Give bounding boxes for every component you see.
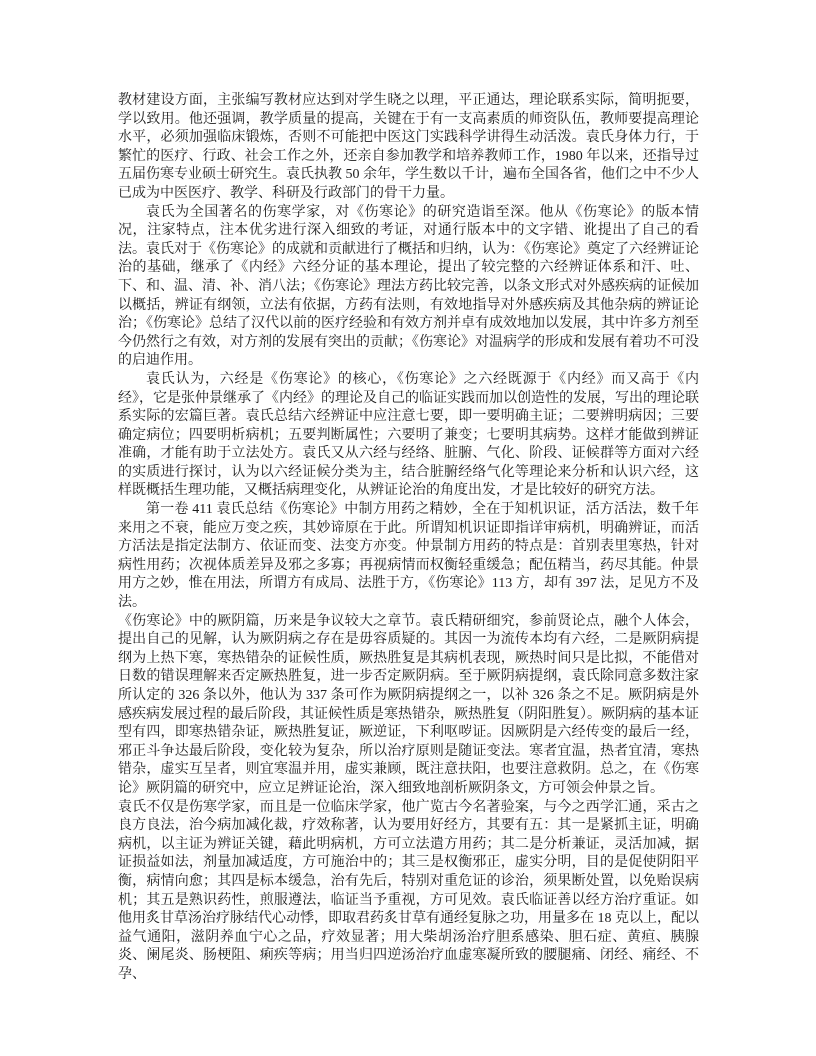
paragraph: 袁氏认为，六经是《伤寒论》的核心，《伤寒论》之六经既源于《内经》而又高于《内经》…	[118, 371, 699, 501]
document-body: 教材建设方面，主张编写教材应达到对学生晓之以理，平正通达，理论联系实际，简明扼要…	[118, 92, 699, 985]
paragraph: 《伤寒论》中的厥阴篇，历来是争议较大之章节。袁氏精研细究，参前贤论点，融个人体会…	[118, 613, 699, 799]
paragraph: 袁氏不仅是伤寒学家，而且是一位临床学家，他广览古今名著验案，与今之西学汇通，采古…	[118, 799, 699, 985]
paragraph: 教材建设方面，主张编写教材应达到对学生晓之以理，平正通达，理论联系实际，简明扼要…	[118, 92, 699, 204]
paragraph: 第一卷 411 袁氏总结《伤寒论》中制方用药之精妙，全在于知机识证，活方活法，数…	[118, 501, 699, 613]
paragraph: 袁氏为全国著名的伤寒学家，对《伤寒论》的研究造诣至深。他从《伤寒论》的版本情况，…	[118, 204, 699, 371]
document-page: 教材建设方面，主张编写教材应达到对学生晓之以理，平正通达，理论联系实际，简明扼要…	[0, 0, 816, 1056]
